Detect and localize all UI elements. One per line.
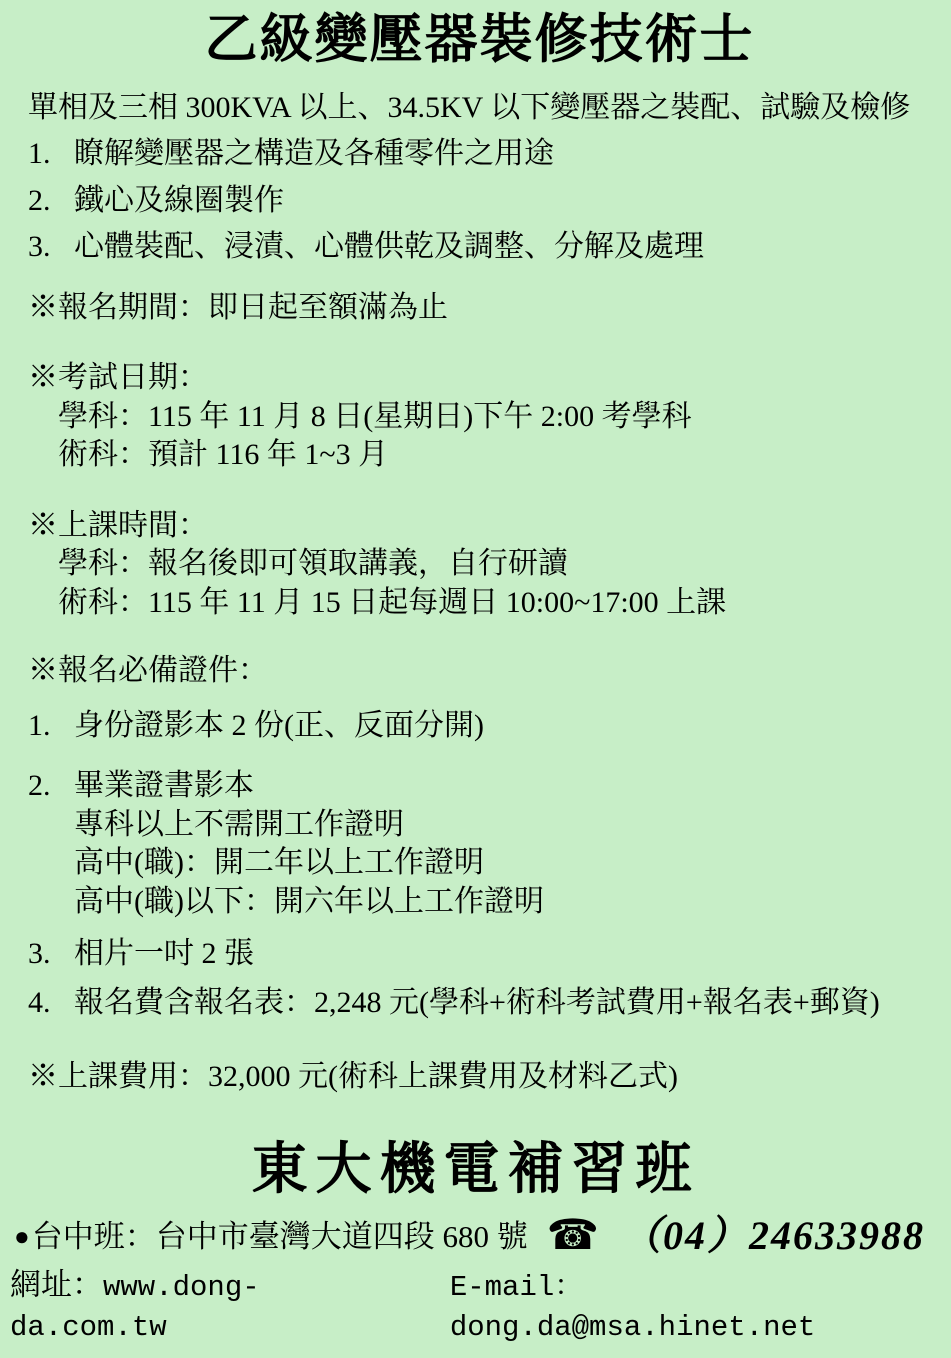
list-item: 1. 身份證影本 2 份(正、反面分開) xyxy=(28,709,931,744)
list-item-subnote: 專科以上不需開工作證明 xyxy=(28,808,931,843)
list-item-text: 瞭解變壓器之構造及各種零件之用途 xyxy=(74,137,554,172)
class-time-written-line: 學科：報名後即可領取講義，自行研讀 xyxy=(28,547,931,582)
list-item: 3. 相片一吋 2 張 xyxy=(28,937,931,972)
exam-date-heading: ※考試日期： xyxy=(28,361,931,396)
contact-row: 網址：www.dong-da.com.tw E-mail：dong.da@msa… xyxy=(10,1266,931,1346)
list-item-subnote: 高中(職)：開二年以上工作證明 xyxy=(28,846,931,881)
email-group: E-mail：dong.da@msa.hinet.net xyxy=(450,1266,931,1346)
phone-number: （04）24633988 xyxy=(621,1212,925,1260)
list-item-number: 2. xyxy=(28,184,74,219)
footer: 東大機電補習班 ● 台中班：台中市臺灣大道四段 680 號 ☎ （04）2463… xyxy=(28,1138,931,1346)
website-group: 網址：www.dong-da.com.tw xyxy=(10,1266,402,1346)
registration-period-line: ※報名期間：即日起至額滿為止 xyxy=(28,291,931,326)
list-item-number: 1. xyxy=(28,137,74,172)
list-item: 1. 瞭解變壓器之構造及各種零件之用途 xyxy=(28,137,931,172)
branch-row: ● 台中班：台中市臺灣大道四段 680 號 ☎ （04）24633988 xyxy=(14,1212,931,1260)
school-name: 東大機電補習班 xyxy=(20,1138,931,1202)
email-label: E-mail： xyxy=(450,1271,583,1304)
list-item-number: 3. xyxy=(28,230,74,265)
list-item-number: 3. xyxy=(28,937,74,972)
list-item: 3. 心體裝配、浸漬、心體供乾及調整、分解及處理 xyxy=(28,230,931,265)
list-item-number: 1. xyxy=(28,709,74,744)
required-documents-section: ※報名必備證件： 1. 身份證影本 2 份(正、反面分開) 2. 畢業證書影本 … xyxy=(28,620,931,1020)
list-item: 4. 報名費含報名表：2,248 元(學科+術科考試費用+報名表+郵資) xyxy=(28,986,931,1021)
exam-date-practical-line: 術科：預計 116 年 1~3 月 xyxy=(28,438,931,473)
bullet-icon: ● xyxy=(14,1221,30,1252)
phone-group: ☎ （04）24633988 xyxy=(547,1212,931,1260)
email-address: dong.da@msa.hinet.net xyxy=(450,1311,815,1344)
exam-date-written-line: 學科：115 年 11 月 8 日(星期日)下午 2:00 考學科 xyxy=(28,400,931,435)
list-item: 2. 鐵心及線圈製作 xyxy=(28,184,931,219)
list-item-text: 畢業證書影本 xyxy=(74,769,254,804)
list-item-number: 2. xyxy=(28,769,74,804)
class-time-heading: ※上課時間： xyxy=(28,509,931,544)
class-time-practical-line: 術科：115 年 11 月 15 日起每週日 10:00~17:00 上課 xyxy=(28,586,931,621)
class-time-section: ※上課時間： 學科：報名後即可領取講義，自行研讀 術科：115 年 11 月 1… xyxy=(28,473,931,621)
list-item-text: 相片一吋 2 張 xyxy=(74,937,254,972)
tuition-line: ※上課費用：32,000 元(術科上課費用及材料乙式) xyxy=(28,1060,931,1095)
telephone-icon: ☎ xyxy=(547,1215,599,1257)
list-item-subnote: 高中(職)以下：開六年以上工作證明 xyxy=(28,885,931,920)
required-documents-heading: ※報名必備證件： xyxy=(28,654,931,689)
exam-date-section: ※考試日期： 學科：115 年 11 月 8 日(星期日)下午 2:00 考學科… xyxy=(28,325,931,473)
list-item-text: 報名費含報名表：2,248 元(學科+術科考試費用+報名表+郵資) xyxy=(74,986,880,1021)
objectives-list: 1. 瞭解變壓器之構造及各種零件之用途 2. 鐵心及線圈製作 3. 心體裝配、浸… xyxy=(28,125,931,265)
page: 乙級變壓器裝修技術士 單相及三相 300KVA 以上、34.5KV 以下變壓器之… xyxy=(0,0,951,1358)
list-item-number: 4. xyxy=(28,986,74,1021)
list-item: 2. 畢業證書影本 xyxy=(28,769,931,804)
branch-address: 台中班：台中市臺灣大道四段 680 號 xyxy=(32,1218,528,1255)
list-item-text: 鐵心及線圈製作 xyxy=(74,184,284,219)
course-summary: 單相及三相 300KVA 以上、34.5KV 以下變壓器之裝配、試驗及檢修 xyxy=(28,91,931,126)
website-label: 網址： xyxy=(10,1267,103,1302)
list-item-text: 心體裝配、浸漬、心體供乾及調整、分解及處理 xyxy=(74,230,704,265)
page-title: 乙級變壓器裝修技術士 xyxy=(28,10,931,71)
list-item-text: 身份證影本 2 份(正、反面分開) xyxy=(74,709,484,744)
